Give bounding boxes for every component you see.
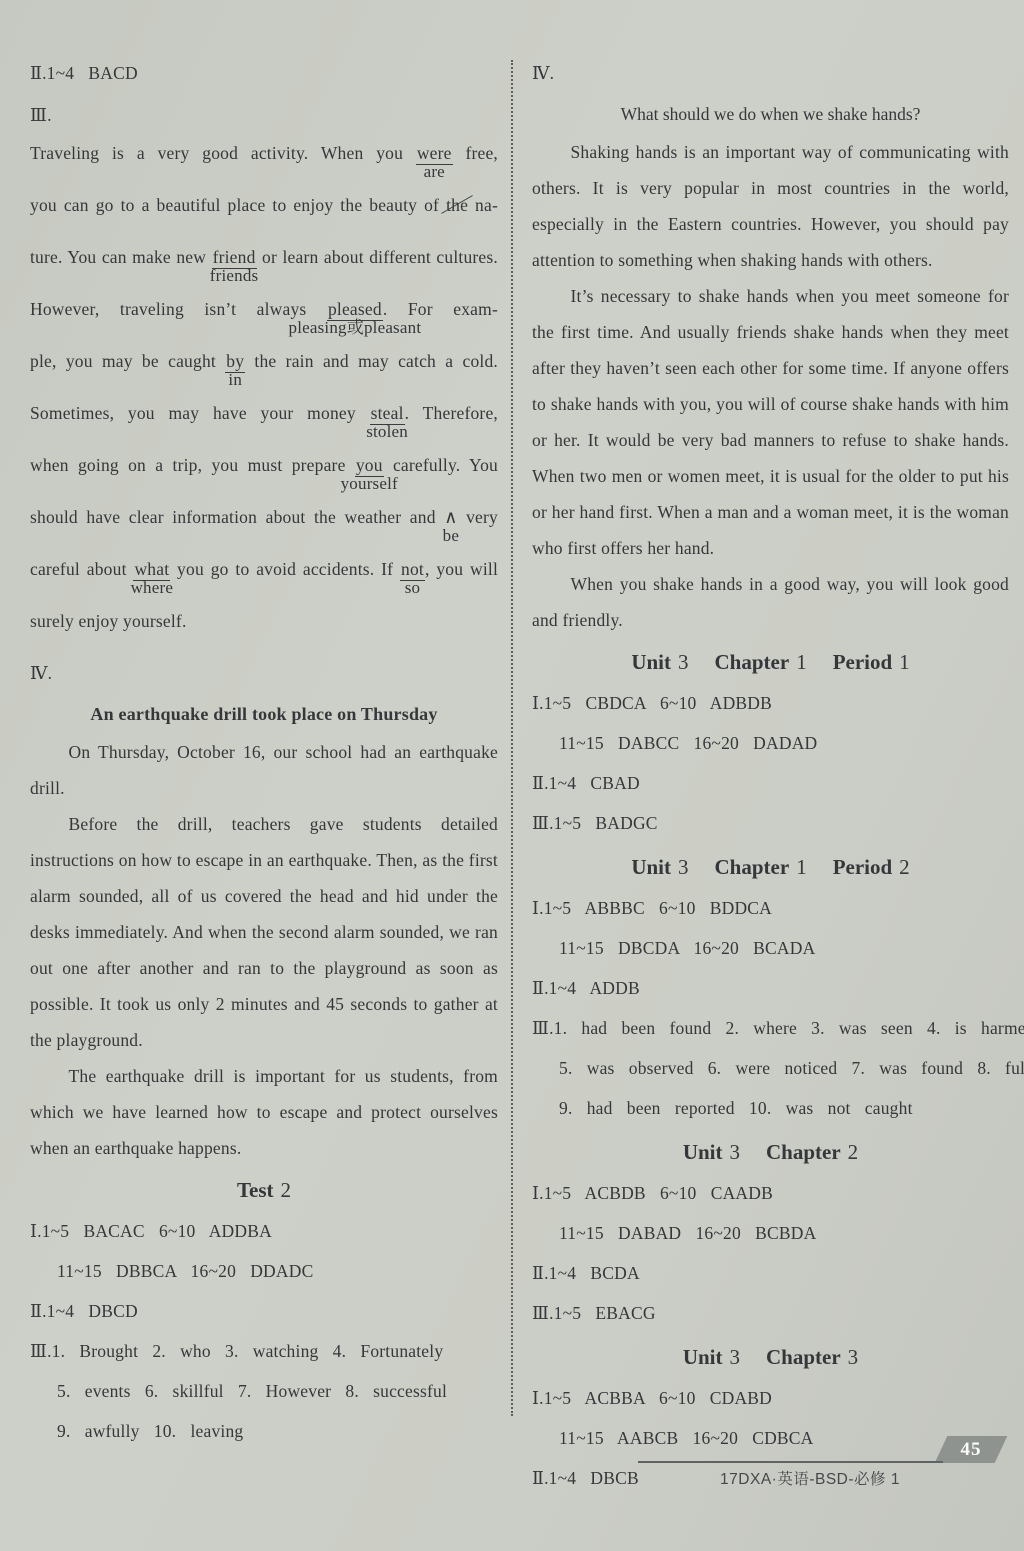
left-column: Ⅱ.1~4 BACD Ⅲ. Traveling is a very good a… <box>30 52 498 1451</box>
correction-line: when going on a trip, you must prepare y… <box>30 452 498 504</box>
corrected-word: notso <box>400 556 425 582</box>
essay-paragraph: When you shake hands in a good way, you … <box>532 566 1009 638</box>
essay-paragraph: On Thursday, October 16, our school had … <box>30 734 498 806</box>
section-label-3: Ⅲ. <box>30 94 498 136</box>
deleted-word: the <box>446 192 468 218</box>
answer-line: 11~15 AABCB 16~20 CDBCA <box>532 1418 1009 1458</box>
essay-paragraph: The earthquake drill is important for us… <box>30 1058 498 1166</box>
answer-line: Ⅰ.1~5 ACBDB 6~10 CAADB <box>532 1173 1009 1213</box>
answer-line: Ⅲ.1~5 BADGC <box>532 803 1009 843</box>
correction-text: be <box>443 526 459 546</box>
column-divider <box>511 60 513 1416</box>
correction-text: stolen <box>366 422 408 442</box>
corrected-word: pleasedpleasing或pleasant <box>327 296 383 322</box>
essay-paragraph: Before the drill, teachers gave students… <box>30 806 498 1058</box>
answer-line: 11~15 DBBCA 16~20 DDADC <box>30 1251 498 1291</box>
answer-line: 11~15 DABCC 16~20 DADAD <box>532 723 1009 763</box>
correction-line: you can go to a beautiful place to enjoy… <box>30 192 498 244</box>
answer-line: Ⅱ.1~4 ADDB <box>532 968 1009 1008</box>
essay-title-earthquake: An earthquake drill took place on Thursd… <box>30 694 498 734</box>
correction-text: where <box>131 578 174 598</box>
unit-heading: Unit3Chapter1Period2 <box>532 846 1009 888</box>
correction-line: ple, you may be caught byin the rain and… <box>30 348 498 400</box>
answer-line: Ⅲ.1~5 EBACG <box>532 1293 1009 1333</box>
answer-line: Ⅲ.1. Brought 2. who 3. watching 4. Fortu… <box>30 1331 498 1371</box>
correction-text: are <box>424 162 445 182</box>
answer-line: 11~15 DABAD 16~20 BCBDA <box>532 1213 1009 1253</box>
essay-title-shake-hands: What should we do when we shake hands? <box>532 94 1009 134</box>
corrected-word: byin <box>225 348 245 374</box>
unit-heading: Unit3Chapter2 <box>532 1131 1009 1173</box>
answer-line: 5. was observed 6. were noticed 7. was f… <box>532 1048 1009 1088</box>
essay-paragraph: Shaking hands is an important way of com… <box>532 134 1009 278</box>
correction-text: friends <box>210 266 259 286</box>
corrected-word: whatwhere <box>133 556 170 582</box>
error-correction-passage: Traveling is a very good activity. When … <box>30 140 498 648</box>
footer-imprint: 17DXA·英语-BSD-必修 1 <box>660 1469 960 1491</box>
section-label-4: Ⅳ. <box>532 52 1009 94</box>
correction-line: careful about whatwhere you go to avoid … <box>30 556 498 608</box>
answer-line: 5. events 6. skillful 7. However 8. succ… <box>30 1371 498 1411</box>
page-number-badge: 45 <box>935 1436 1008 1463</box>
correction-line: Traveling is a very good activity. When … <box>30 140 498 192</box>
unit-heading: Unit3Chapter3 <box>532 1336 1009 1378</box>
test-2-heading: Test2 <box>30 1169 498 1211</box>
correction-text: pleasing或pleasant <box>288 318 421 338</box>
corrected-word: stealstolen <box>370 400 405 426</box>
correction-line: should have clear information about the … <box>30 504 498 556</box>
corrected-word: wereare <box>416 140 453 166</box>
correction-line: surely enjoy yourself. <box>30 608 498 648</box>
corrected-word: friendfriends <box>212 244 257 270</box>
correction-text: in <box>228 370 242 390</box>
answer-line: 9. had been reported 10. was not caught <box>532 1088 1009 1128</box>
page-number: 45 <box>941 1436 1001 1463</box>
answer-line: Ⅰ.1~5 ACBBA 6~10 CDABD <box>532 1378 1009 1418</box>
answer-line: Ⅱ.1~4 DBCD <box>30 1291 498 1331</box>
answer-line: 9. awfully 10. leaving <box>30 1411 498 1451</box>
unit-heading: Unit3Chapter1Period1 <box>532 641 1009 683</box>
essay-paragraph: It’s necessary to shake hands when you m… <box>532 278 1009 566</box>
answer-line: 11~15 DBCDA 16~20 BCADA <box>532 928 1009 968</box>
correction-text: yourself <box>341 474 398 494</box>
insertion-caret: ∧be <box>444 504 457 530</box>
correction-line: However, traveling isn’t always pleasedp… <box>30 296 498 348</box>
correction-line: Sometimes, you may have your money steal… <box>30 400 498 452</box>
answer-line: Ⅰ.1~5 CBDCA 6~10 ADBDB <box>532 683 1009 723</box>
corrected-word: youyourself <box>355 452 384 478</box>
scanned-answer-page: { "left": { "sec2_line": "Ⅱ.1~4 BACD", "… <box>0 0 1024 1551</box>
answer-line-sec2: Ⅱ.1~4 BACD <box>30 52 498 94</box>
right-column: Ⅳ. What should we do when we shake hands… <box>532 52 1009 1498</box>
answer-line: Ⅲ.1. had been found 2. where 3. was seen… <box>532 1008 1009 1048</box>
correction-text: so <box>405 578 421 598</box>
answer-line: Ⅱ.1~4 CBAD <box>532 763 1009 803</box>
footer-rule <box>638 1461 943 1463</box>
correction-line: ture. You can make new friendfriends or … <box>30 244 498 296</box>
section-label-4: Ⅳ. <box>30 652 498 694</box>
answer-line: Ⅰ.1~5 BACAC 6~10 ADDBA <box>30 1211 498 1251</box>
answer-line: Ⅰ.1~5 ABBBC 6~10 BDDCA <box>532 888 1009 928</box>
answer-line: Ⅱ.1~4 BCDA <box>532 1253 1009 1293</box>
